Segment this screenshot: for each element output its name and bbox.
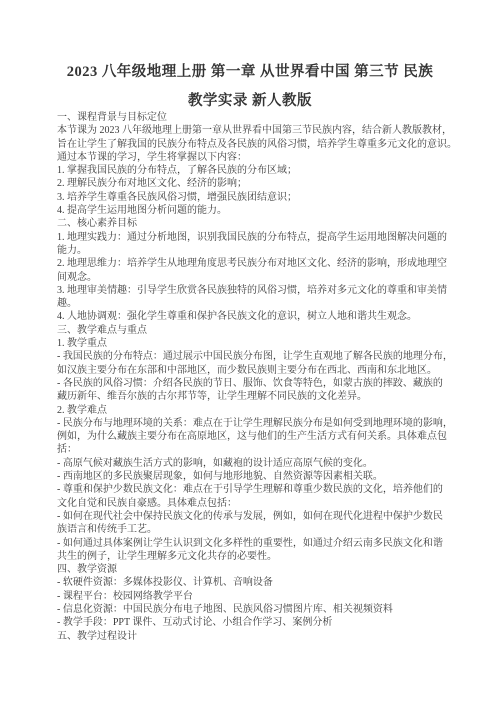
text-line: - 软硬件资源：多媒体投影仪、计算机、音响设备 <box>57 576 447 589</box>
text-line: - 如何在现代社会中保持民族文化的传承与发展，例如，如何在现代化进程中保护少数民 <box>57 510 447 523</box>
text-line: 旨在让学生了解我国的民族分布特点及各民族的风俗习惯，培养学生尊重多元文化的意识。 <box>57 138 447 151</box>
text-line: - 我国民族的分布特点：通过展示中国民族分布图，让学生直观地了解各民族的地理分布… <box>57 350 447 363</box>
document-title-line-1: 2023 八年级地理上册 第一章 从世界看中国 第三节 民族 <box>40 58 460 87</box>
text-line: 1. 掌握我国民族的分布特点，了解各民族的分布区域； <box>57 164 447 177</box>
text-line: - 各民族的风俗习惯：介绍各民族的节日、服饰、饮食等特色，如蒙古族的摔跤、藏族的 <box>57 377 447 390</box>
text-line: 藏历新年、维吾尔族的古尔邦节等，让学生理解不同民族的文化差异。 <box>57 390 447 403</box>
text-line: 3. 地理审美情趣：引导学生欣赏各民族独特的风俗习惯，培养对多元文化的尊重和审美… <box>57 284 447 297</box>
text-line: 能力。 <box>57 244 447 257</box>
text-line: 间观念。 <box>57 271 447 284</box>
text-line: 括： <box>57 443 447 456</box>
document-title: 2023 八年级地理上册 第一章 从世界看中国 第三节 民族 教学实录 新人教版 <box>0 58 500 116</box>
document-body: 一、课程背景与目标定位本节课为 2023 八年级地理上册第一章从世界看中国第三节… <box>57 111 447 643</box>
text-line: - 教学手段：PPT 课件、互动式讨论、小组合作学习、案例分析 <box>57 616 447 629</box>
text-line: 四、教学资源 <box>57 563 447 576</box>
text-line: 3. 培养学生尊重各民族风俗习惯，增强民族团结意识； <box>57 191 447 204</box>
text-line: - 尊重和保护少数民族文化：难点在于引导学生理解和尊重少数民族的文化，培养他们的 <box>57 483 447 496</box>
text-line: 三、教学难点与重点 <box>57 324 447 337</box>
text-line: 4. 提高学生运用地图分析问题的能力。 <box>57 204 447 217</box>
text-line: 通过本节课的学习，学生将掌握以下内容： <box>57 151 447 164</box>
text-line: 例如，为什么藏族主要分布在高原地区，这与他们的生产生活方式有何关系。具体难点包 <box>57 430 447 443</box>
text-line: 2. 教学难点 <box>57 404 447 417</box>
text-line: 2. 理解民族分布对地区文化、经济的影响； <box>57 177 447 190</box>
text-line: 1. 教学重点 <box>57 337 447 350</box>
text-line: 本节课为 2023 八年级地理上册第一章从世界看中国第三节民族内容，结合新人教版… <box>57 124 447 137</box>
text-line: 五、教学过程设计 <box>57 630 447 643</box>
text-line: 共生的例子，让学生理解多元文化共存的必要性。 <box>57 550 447 563</box>
text-line: 1. 地理实践力：通过分析地图，识别我国民族的分布特点，提高学生运用地图解决问题… <box>57 231 447 244</box>
text-line: - 民族分布与地理环境的关系：难点在于让学生理解民族分布是如何受到地理环境的影响… <box>57 417 447 430</box>
text-line: 如汉族主要分布在东部和中部地区，而少数民族则主要分布在西北、西南和东北地区。 <box>57 364 447 377</box>
text-line: 族语言和传统手工艺。 <box>57 523 447 536</box>
text-line: 4. 人地协调观：强化学生尊重和保护各民族文化的意识，树立人地和谐共生观念。 <box>57 310 447 323</box>
text-line: - 西南地区的多民族聚居现象，如何与地形地貌、自然资源等因素相关联。 <box>57 470 447 483</box>
text-line: - 如何通过具体案例让学生认识到文化多样性的重要性，如通过介绍云南多民族文化和谐 <box>57 537 447 550</box>
text-line: 二、核心素养目标 <box>57 217 447 230</box>
text-line: 文化自觉和民族自豪感。具体难点包括： <box>57 497 447 510</box>
document-page: 2023 八年级地理上册 第一章 从世界看中国 第三节 民族 教学实录 新人教版… <box>0 0 500 707</box>
text-line: 2. 地理思维力：培养学生从地理角度思考民族分布对地区文化、经济的影响，形成地理… <box>57 257 447 270</box>
text-line: 趣。 <box>57 297 447 310</box>
text-line: - 信息化资源：中国民族分布电子地图、民族风俗习惯图片库、相关视频资料 <box>57 603 447 616</box>
text-line: - 高原气候对藏族生活方式的影响，如藏袍的设计适应高原气候的变化。 <box>57 457 447 470</box>
text-line: 一、课程背景与目标定位 <box>57 111 447 124</box>
text-line: - 课程平台：校园网络教学平台 <box>57 590 447 603</box>
